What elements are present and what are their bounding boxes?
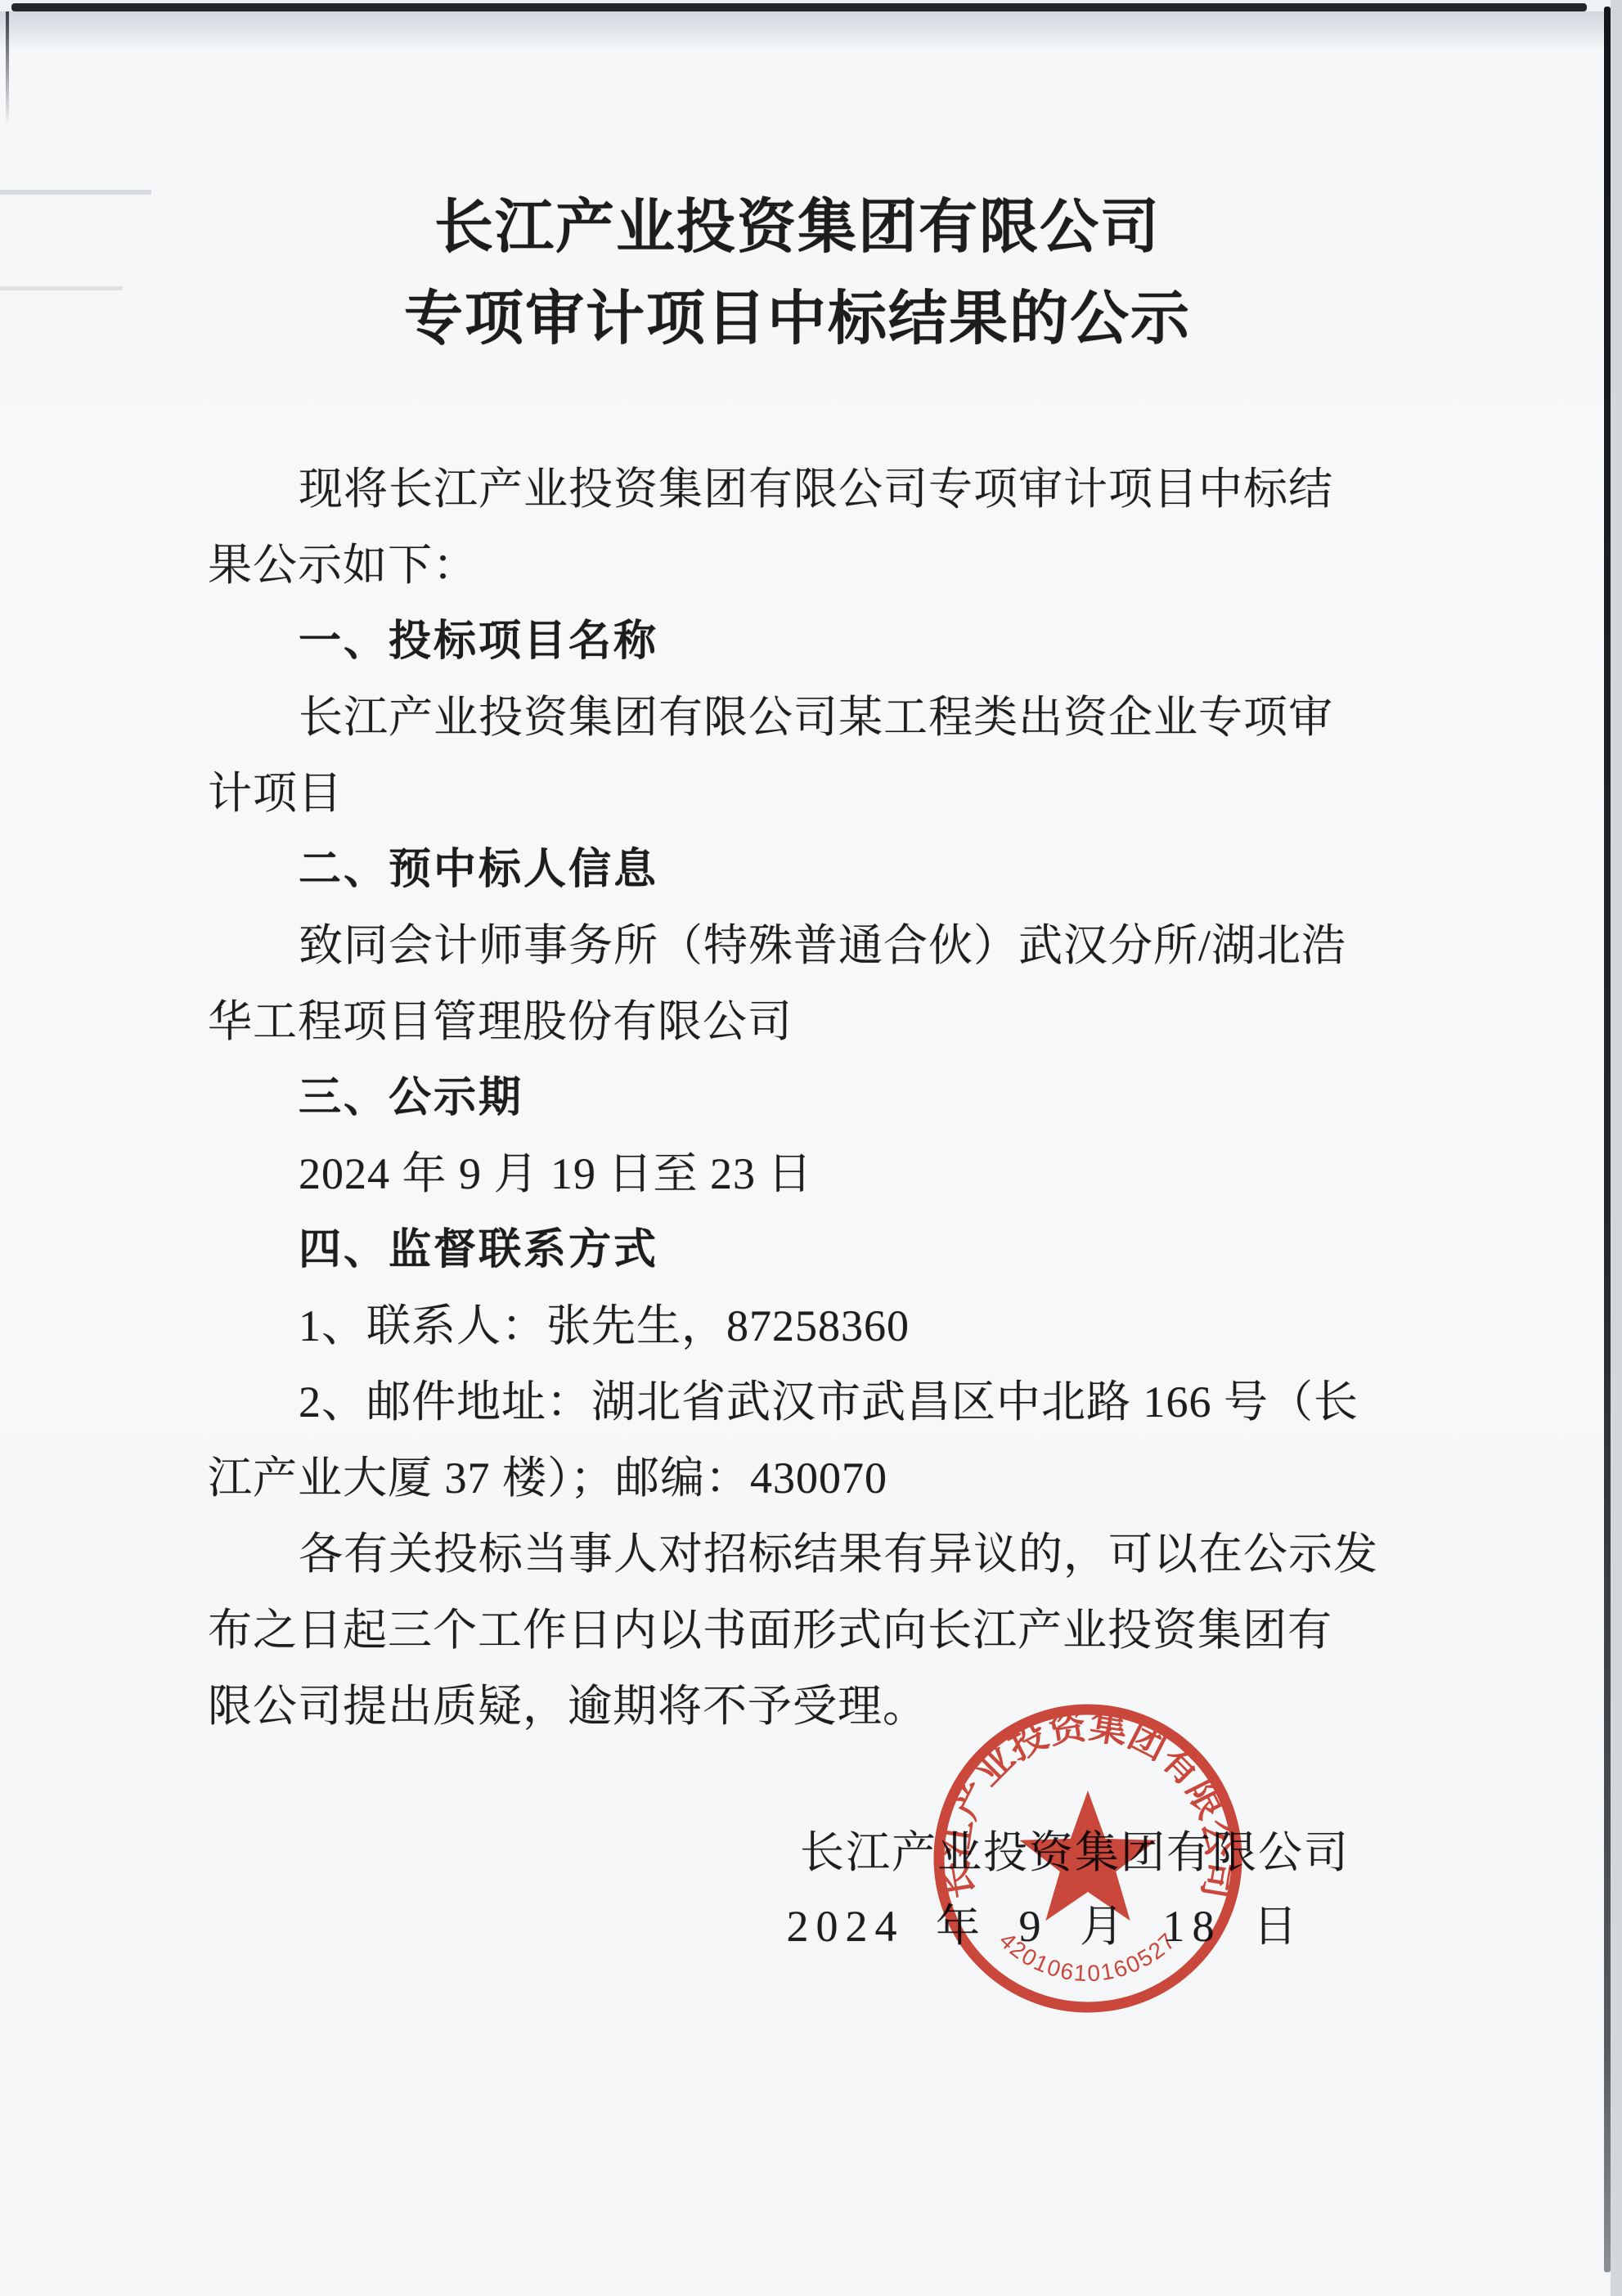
scan-edge-right (1604, 7, 1611, 2272)
company-seal: 长江产业投资集团有限公司 42010610160527 (928, 1699, 1247, 2018)
scan-shadow-top (0, 11, 1622, 51)
body-line: 现将长江产业投资集团有限公司专项审计项目中标结 (208, 452, 1386, 528)
body-line: 江产业大厦 37 楼）；邮编：430070 (208, 1440, 1386, 1516)
section-heading: 一、投标项目名称 (208, 604, 1386, 680)
body-line: 2、邮件地址：湖北省武汉市武昌区中北路 166 号（长 (208, 1364, 1386, 1440)
document-title: 长江产业投资集团有限公司 专项审计项目中标结果的公示 (0, 182, 1595, 365)
company-seal-svg: 长江产业投资集团有限公司 42010610160527 (928, 1699, 1247, 2018)
scan-margin-right (1611, 0, 1622, 2296)
scanned-page: 长江产业投资集团有限公司 专项审计项目中标结果的公示 现将长江产业投资集团有限公… (0, 0, 1622, 2296)
title-line-2: 专项审计项目中标结果的公示 (0, 273, 1595, 365)
body-line: 2024 年 9 月 19 日至 23 日 (208, 1136, 1386, 1212)
body-line: 各有关投标当事人对招标结果有异议的，可以在公示发 (208, 1516, 1386, 1593)
section-heading: 二、预中标人信息 (208, 832, 1386, 908)
scan-edge-top (11, 3, 1587, 11)
body-line: 致同会计师事务所（特殊普通合伙）武汉分所/湖北浩 (208, 908, 1386, 984)
svg-text:42010610160527: 42010610160527 (995, 1927, 1181, 1986)
scan-edge-left (6, 11, 9, 126)
section-heading: 四、监督联系方式 (208, 1212, 1386, 1288)
body-line: 华工程项目管理股份有限公司 (208, 984, 1386, 1060)
body-line: 长江产业投资集团有限公司某工程类出资企业专项审 (208, 680, 1386, 756)
body-line: 1、联系人：张先生，87258360 (208, 1288, 1386, 1364)
title-line-1: 长江产业投资集团有限公司 (0, 182, 1595, 273)
body-line: 果公示如下： (208, 528, 1386, 604)
seal-serial-number: 42010610160527 (995, 1927, 1181, 1986)
section-heading: 三、公示期 (208, 1060, 1386, 1136)
body-line: 布之日起三个工作日内以书面形式向长江产业投资集团有 (208, 1593, 1386, 1669)
seal-star-icon (1019, 1791, 1156, 1921)
body-line: 计项目 (208, 756, 1386, 832)
body-lines: 现将长江产业投资集团有限公司专项审计项目中标结果公示如下：一、投标项目名称长江产… (208, 452, 1386, 1745)
